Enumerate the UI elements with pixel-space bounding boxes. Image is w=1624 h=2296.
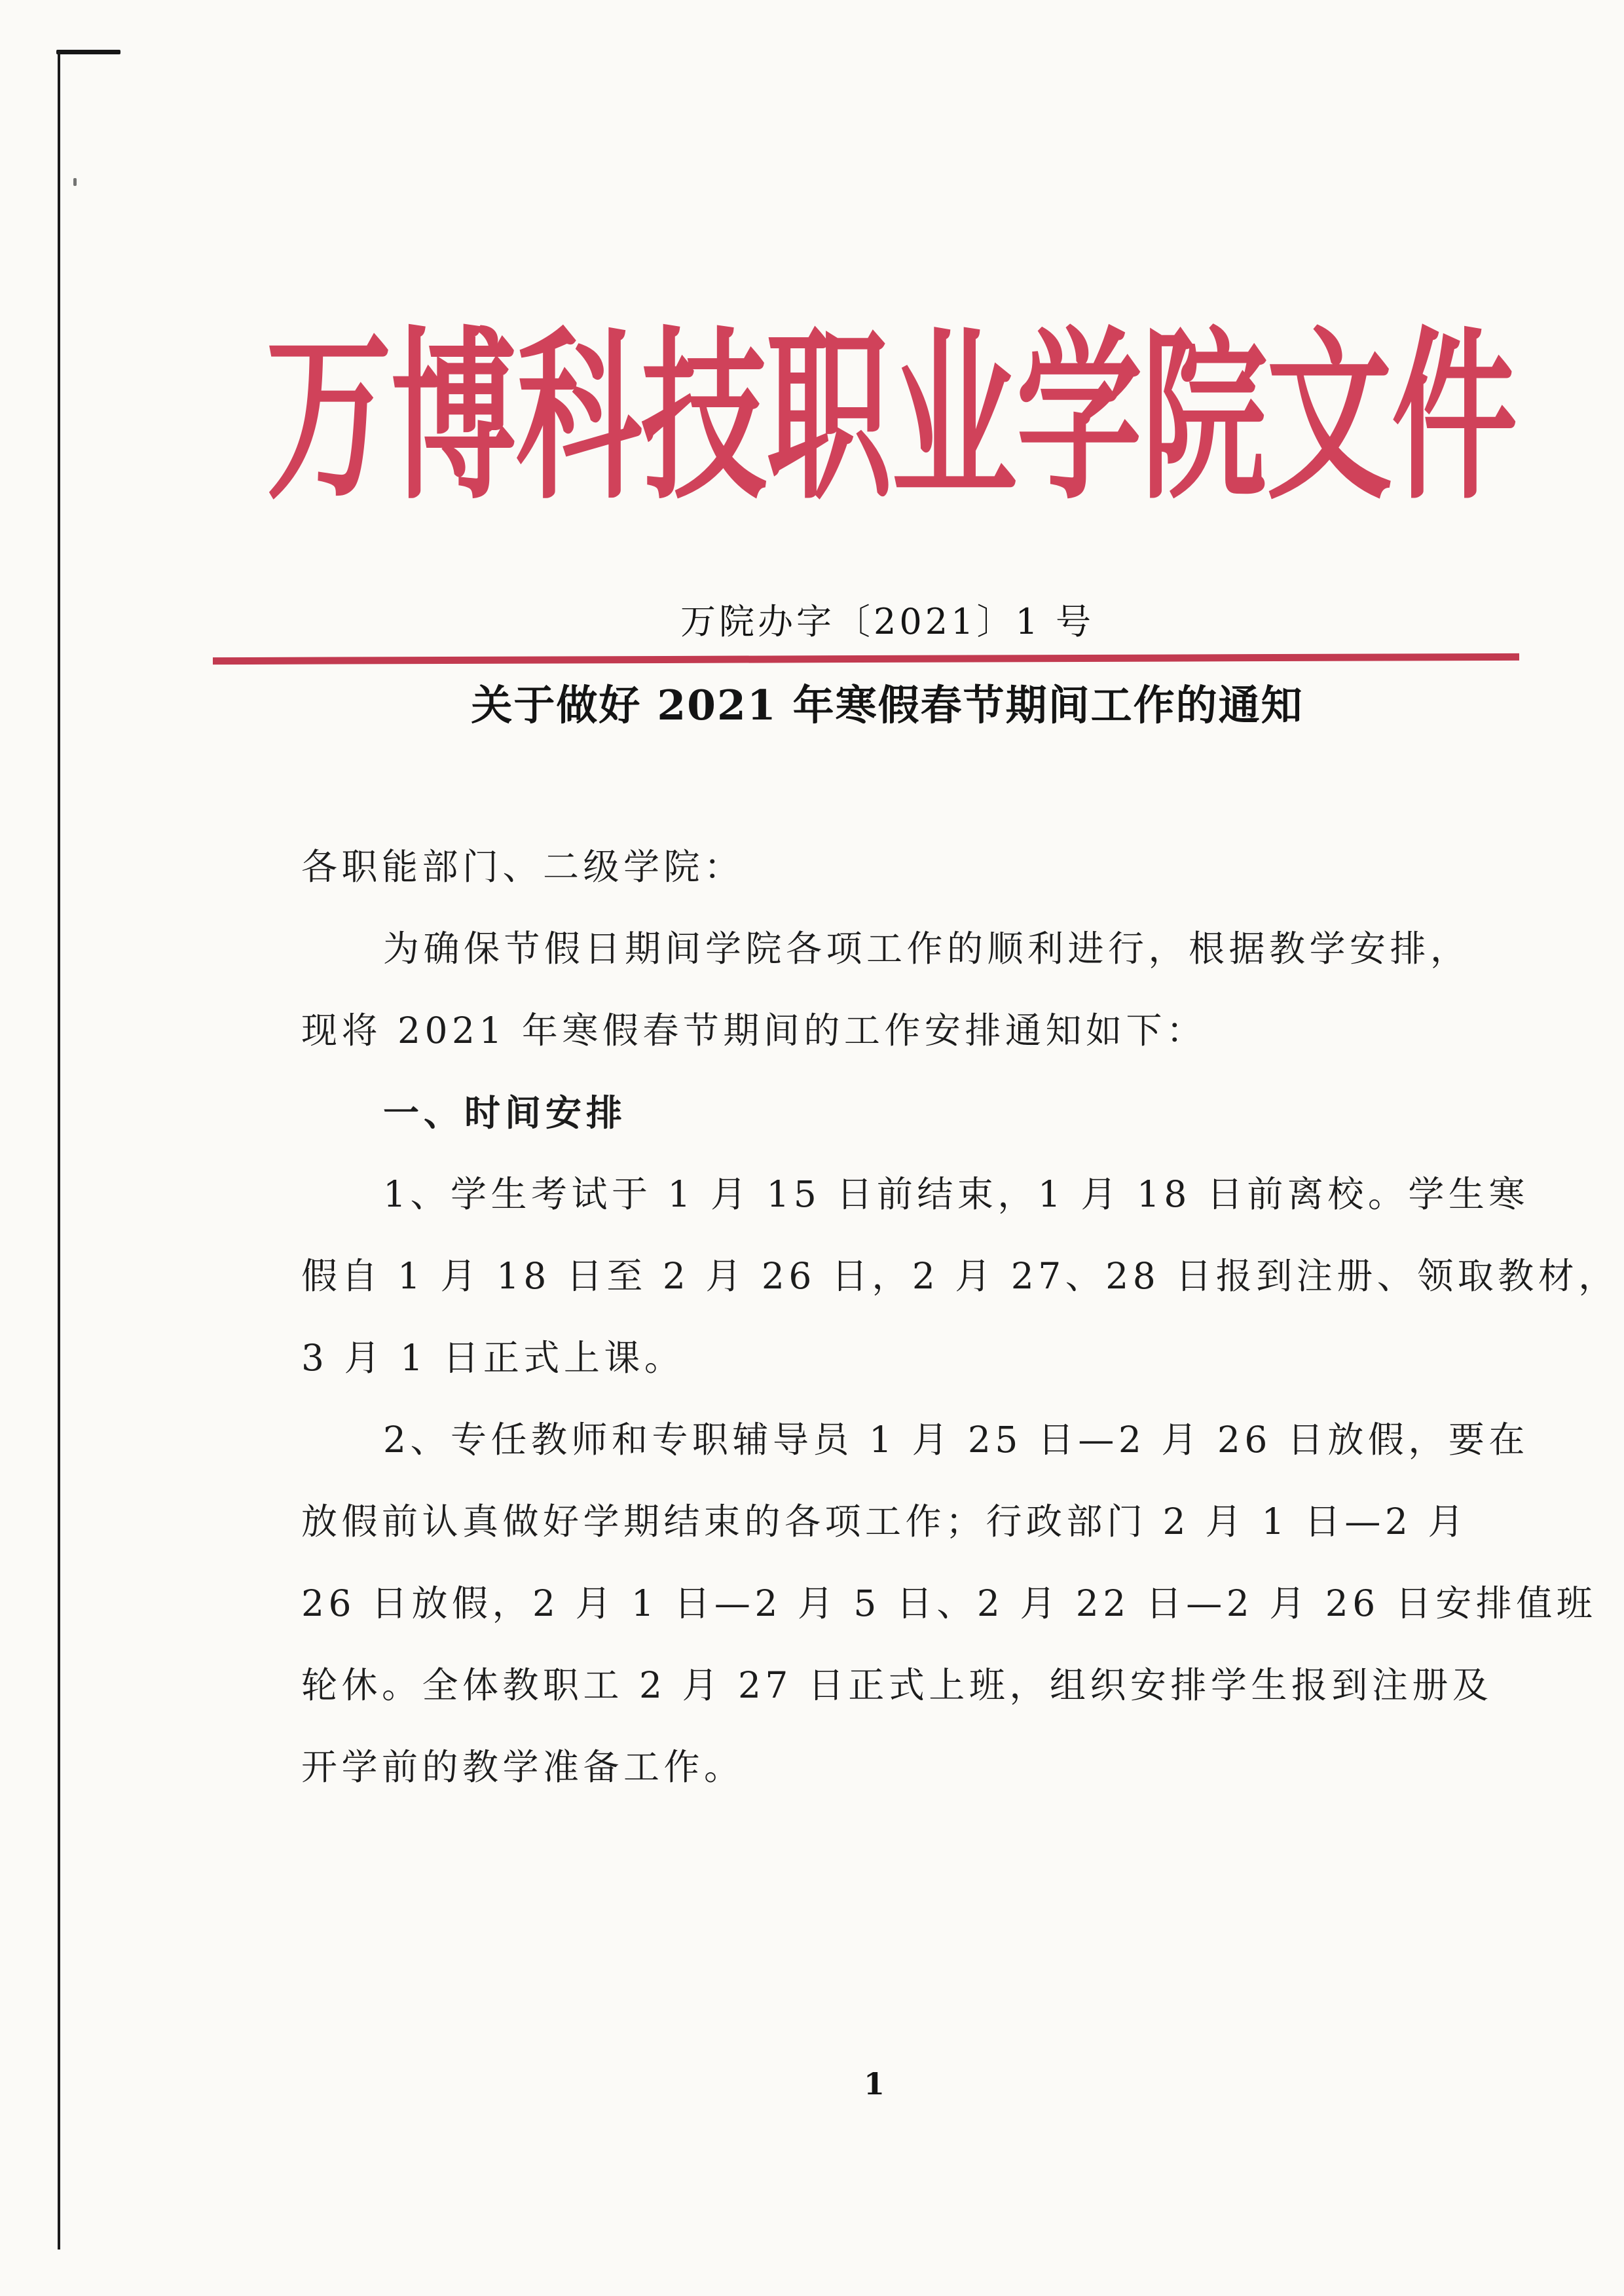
body-line-section-heading: 一、时间安排 [301,1072,1480,1154]
scan-corner-line-horizontal [56,50,120,54]
body-line-salutation: 各职能部门、二级学院： [301,826,1480,908]
page-number: 1 [851,2068,897,2100]
scan-edge-line-vertical [58,51,60,2250]
scan-speck [73,178,77,186]
body-line: 现将 2021 年寒假春节期间的工作安排通知如下： [301,990,1480,1072]
body-line: 2、专任教师和专职辅导员 1 月 25 日—2 月 26 日放假，要在 [301,1399,1480,1481]
body-line: 3 月 1 日正式上课。 [301,1317,1480,1399]
body-line: 开学前的教学准备工作。 [301,1726,1480,1808]
red-divider-rule [213,653,1519,665]
body-line: 1、学生考试于 1 月 15 日前结束，1 月 18 日前离校。学生寒 [301,1154,1480,1235]
body-line: 假自 1 月 18 日至 2 月 26 日，2 月 27、28 日报到注册、领取… [301,1235,1480,1317]
document-title: 关于做好 2021 年寒假春节期间工作的通知 [301,677,1473,733]
body-line: 26 日放假，2 月 1 日—2 月 5 日、2 月 22 日—2 月 26 日… [301,1563,1480,1645]
letterhead-title: 万博科技职业学院文件 [264,326,1519,509]
document-body: 各职能部门、二级学院： 为确保节假日期间学院各项工作的顺利进行，根据教学安排， … [301,826,1480,1808]
document-number: 万院办字〔2021〕1 号 [301,600,1473,644]
body-line: 放假前认真做好学期结束的各项工作；行政部门 2 月 1 日—2 月 [301,1481,1480,1563]
body-line: 轮休。全体教职工 2 月 27 日正式上班，组织安排学生报到注册及 [301,1645,1480,1726]
body-line: 为确保节假日期间学院各项工作的顺利进行，根据教学安排， [301,908,1480,990]
scanned-document-page: { "document": { "masthead": "万博科技职业学院文件"… [0,0,1624,2296]
